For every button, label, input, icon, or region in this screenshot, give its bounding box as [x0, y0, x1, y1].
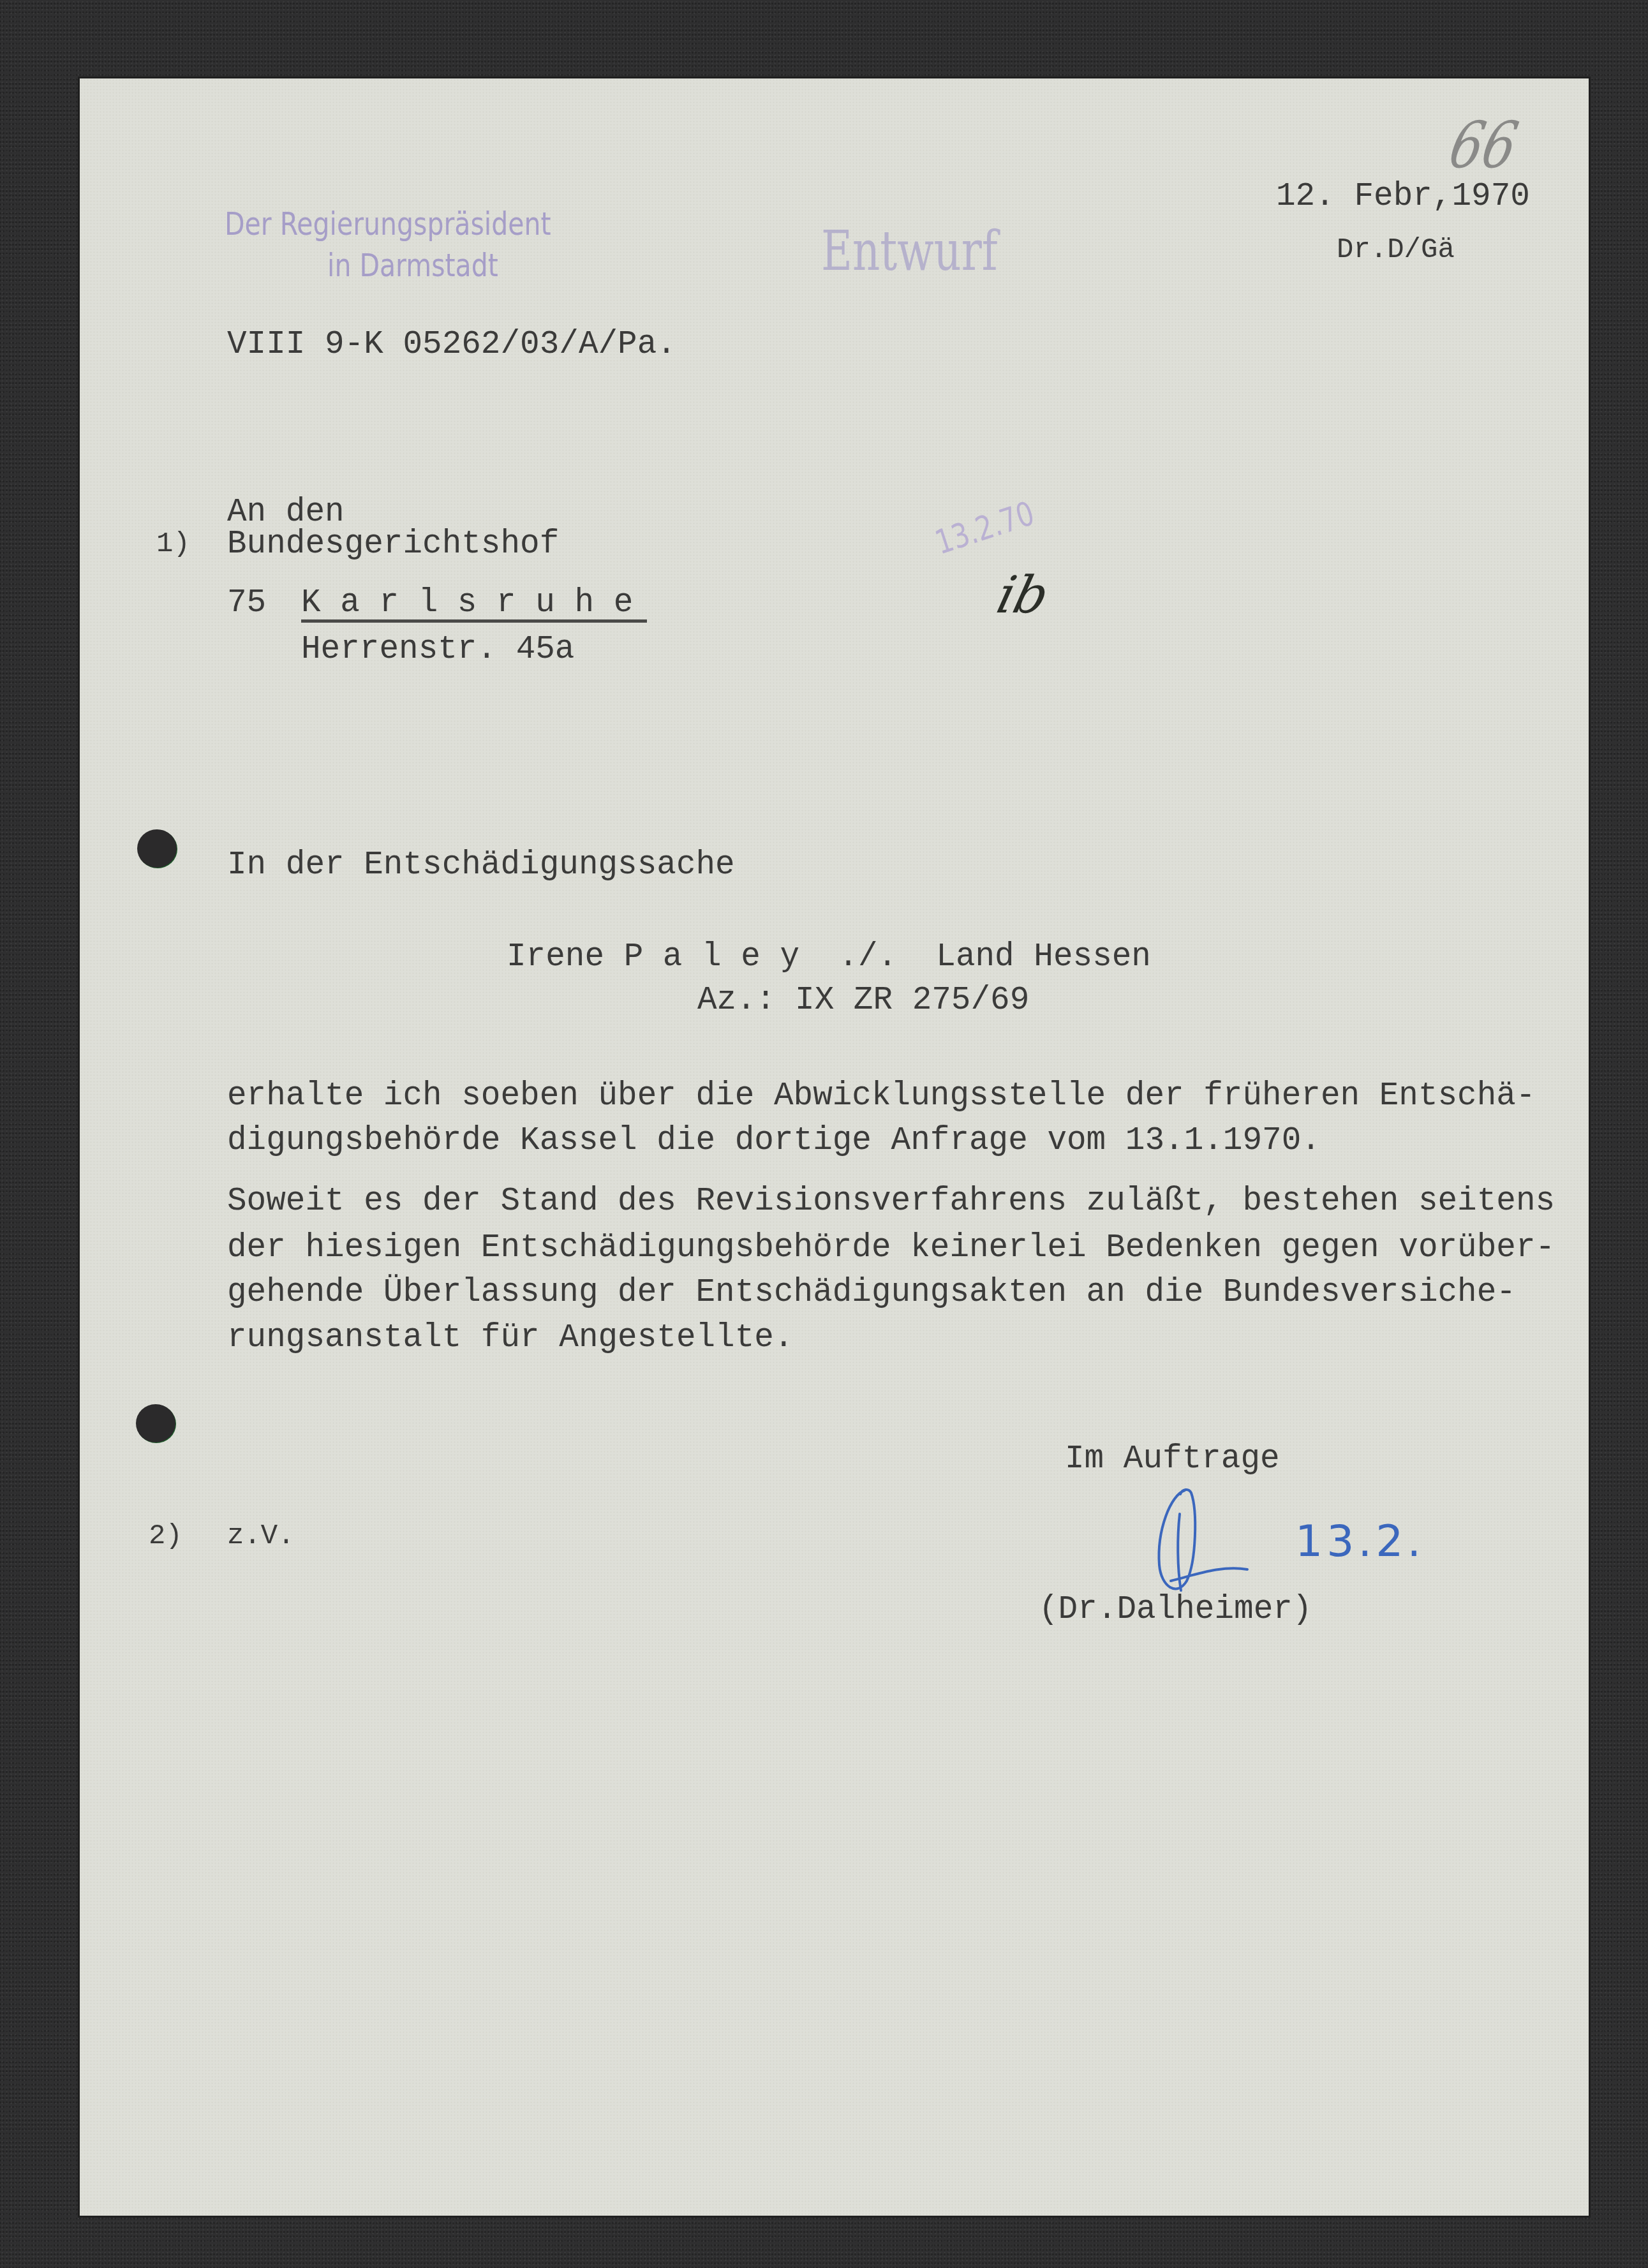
- paragraph2-line2: der hiesigen Entschädigungsbehörde keine…: [227, 1232, 1555, 1264]
- recipient-line1: An den: [227, 496, 345, 529]
- file-number: VIII 9-K 05262/03/A/Pa.: [227, 329, 676, 361]
- recipient-city: K a r l s r u h e: [301, 587, 633, 619]
- item-marker-2: 2): [149, 1522, 182, 1550]
- case-parties: Irene P a l e y ./. Land Hessen: [507, 941, 1151, 974]
- city-underline: [301, 619, 647, 623]
- authority-stamp-line1: Der Regierungspräsident: [225, 208, 551, 240]
- letter-date: 12. Febr,1970: [1276, 181, 1530, 213]
- handwritten-page-number: 66: [1444, 114, 1523, 177]
- closing-formula: Im Auftrage: [1065, 1443, 1280, 1476]
- punch-hole-lower: [136, 1404, 175, 1442]
- punch-hole-upper: [137, 829, 177, 868]
- document-page: 66 12. Febr,1970 Dr.D/Gä Der Regierungsp…: [80, 78, 1589, 2216]
- paragraph2-line3: gehende Überlassung der Entschädigungsak…: [227, 1277, 1516, 1309]
- received-initials: ib: [992, 570, 1054, 621]
- recipient-line2: Bundesgerichtshof: [227, 528, 559, 561]
- signature-scribble: [1152, 1485, 1292, 1600]
- paragraph2-line4: rungsanstalt für Angestellte.: [227, 1322, 794, 1354]
- reference-initials: Dr.D/Gä: [1337, 236, 1455, 264]
- paragraph1-line2: digungsbehörde Kassel die dortige Anfrag…: [227, 1125, 1321, 1157]
- recipient-postal-code: 75: [227, 587, 266, 619]
- item2-text: z.V.: [227, 1522, 295, 1550]
- item-marker-1: 1): [156, 530, 190, 558]
- received-date-stamp: 13.2.70: [932, 497, 1038, 560]
- subject-intro: In der Entschädigungssache: [227, 849, 735, 882]
- recipient-street: Herrenstr. 45a: [301, 634, 574, 666]
- signatory-name: (Dr.Dalheimer): [1039, 1594, 1312, 1626]
- authority-stamp-line2: in Darmstadt: [327, 249, 498, 281]
- paragraph2-line1: Soweit es der Stand des Revisionsverfahr…: [227, 1185, 1555, 1218]
- paragraph1-line1: erhalte ich soeben über die Abwicklungss…: [227, 1080, 1536, 1113]
- signature-date: 13.2.: [1295, 1520, 1425, 1564]
- draft-stamp: Entwurf: [821, 224, 998, 279]
- case-number: Az.: IX ZR 275/69: [697, 984, 1029, 1017]
